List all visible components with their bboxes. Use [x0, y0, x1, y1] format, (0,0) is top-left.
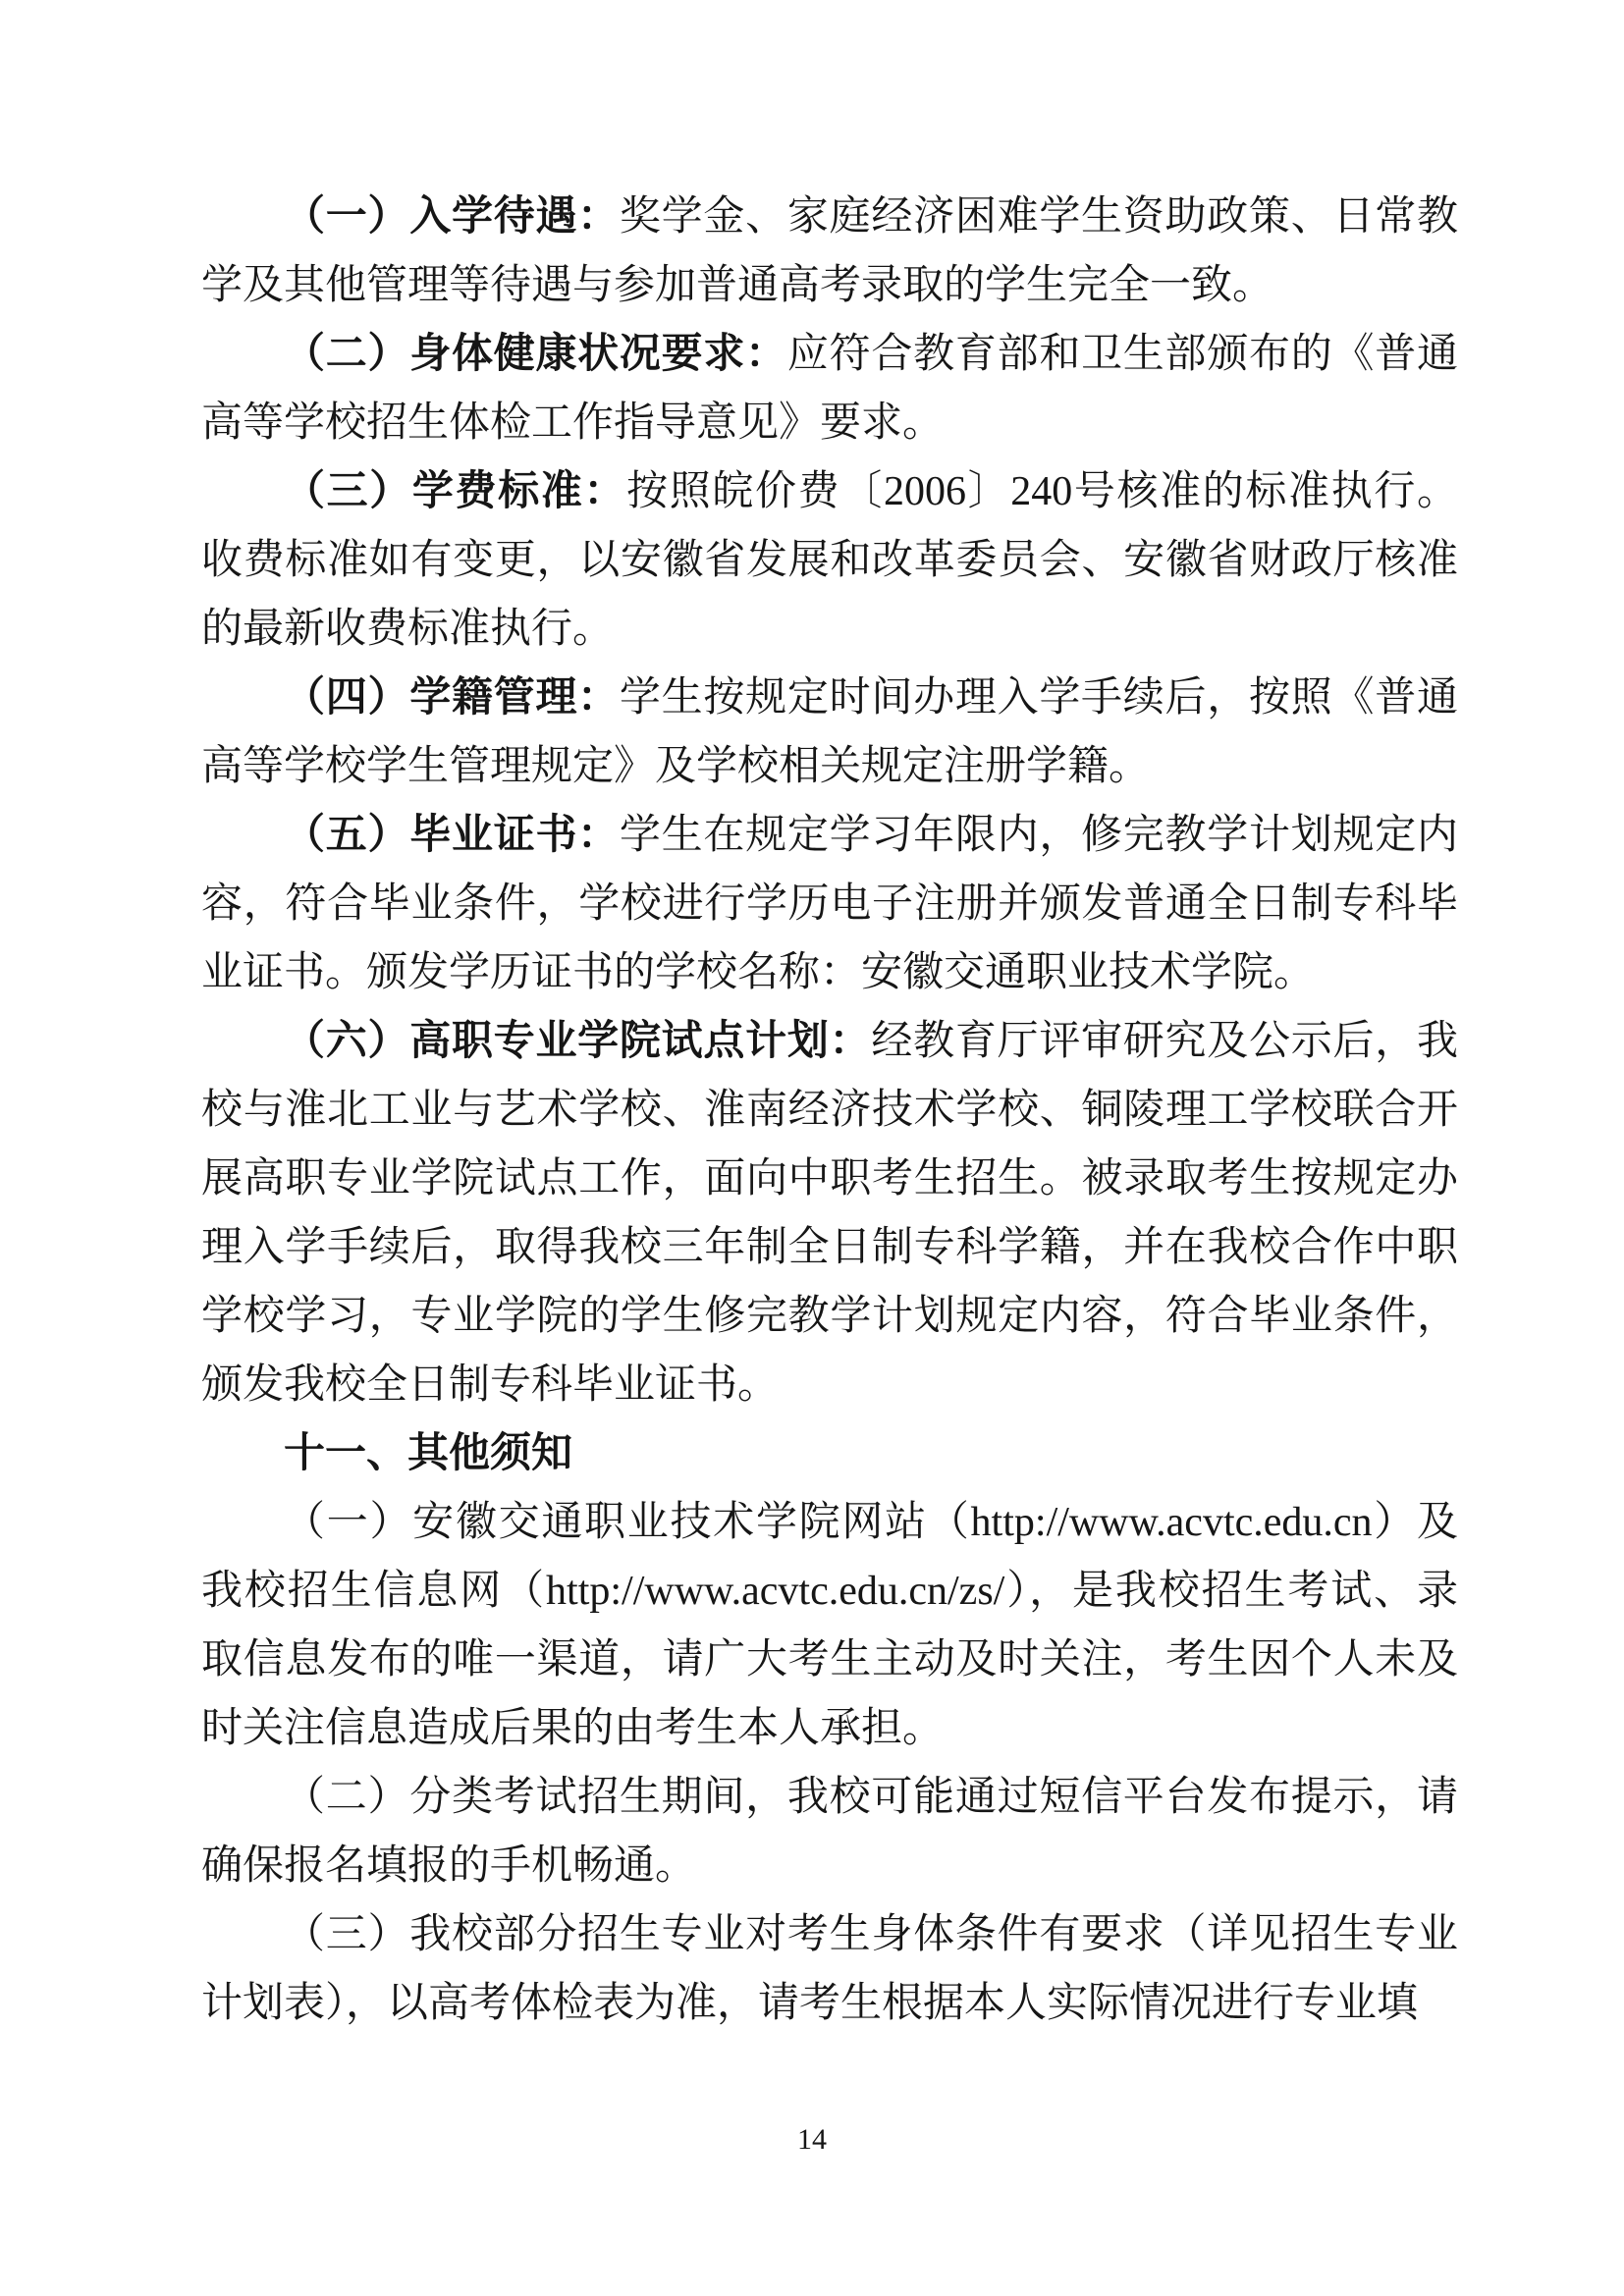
paragraph-enrollment-management: （四）学籍管理：学生按规定时间办理入学手续后，按照《普通高等学校学生管理规定》及… [201, 664, 1458, 801]
paragraph-tuition-standard: （三）学费标准：按照皖价费〔2006〕240号核准的标准执行。收费标准如有变更，… [201, 457, 1458, 664]
paragraph-label: （六）高职专业学院试点计划： [284, 1019, 871, 1064]
paragraph-label: （三）学费标准： [284, 469, 626, 514]
page-number: 14 [0, 2122, 1624, 2158]
paragraph-sms-notice: （二）分类考试招生期间，我校可能通过短信平台发布提示，请确保报名填报的手机畅通。 [201, 1763, 1458, 1900]
paragraph-label: （五）毕业证书： [284, 813, 620, 858]
paragraph-label: （一）入学待遇： [284, 194, 620, 240]
paragraph-website-notice: （一）安徽交通职业技术学院网站（http://www.acvtc.edu.cn）… [201, 1488, 1458, 1763]
document-content: （一）入学待遇：奖学金、家庭经济困难学生资助政策、日常教学及其他管理等待遇与参加… [201, 183, 1458, 2038]
document-page: （一）入学待遇：奖学金、家庭经济困难学生资助政策、日常教学及其他管理等待遇与参加… [0, 0, 1624, 2296]
paragraph-label: （二）身体健康状况要求： [284, 332, 787, 377]
paragraph-label: （四）学籍管理： [284, 675, 620, 721]
paragraph-text: 经教育厅评审研究及公示后，我校与淮北工业与艺术学校、淮南经济技术学校、铜陵理工学… [201, 1019, 1458, 1408]
paragraph-diploma: （五）毕业证书：学生在规定学习年限内，修完教学计划规定内容，符合毕业条件，学校进… [201, 801, 1458, 1007]
section-heading-other-notes: 十一、其他须知 [201, 1419, 1458, 1488]
paragraph-physical-condition-notice: （三）我校部分招生专业对考生身体条件有要求（详见招生专业计划表），以高考体检表为… [201, 1900, 1458, 2038]
paragraph-pilot-program: （六）高职专业学院试点计划：经教育厅评审研究及公示后，我校与淮北工业与艺术学校、… [201, 1007, 1458, 1419]
paragraph-admission-treatment: （一）入学待遇：奖学金、家庭经济困难学生资助政策、日常教学及其他管理等待遇与参加… [201, 183, 1458, 320]
paragraph-health-requirements: （二）身体健康状况要求：应符合教育部和卫生部颁布的《普通高等学校招生体检工作指导… [201, 320, 1458, 457]
